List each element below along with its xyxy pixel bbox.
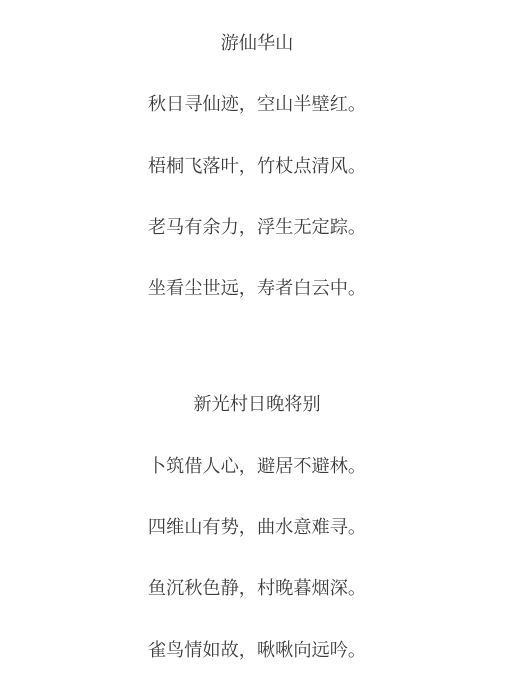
poem-1: 游仙华山 秋日寻仙迹，空山半壁红。 梧桐飞落叶，竹杖点清风。 老马有余力，浮生无… [0, 13, 514, 319]
poem-1-line-1: 秋日寻仙迹，空山半壁红。 [0, 74, 514, 135]
poem-2-line-4: 雀鸟情如故，啾啾向远吟。 [0, 620, 514, 681]
poem-1-line-2: 梧桐飞落叶，竹杖点清风。 [0, 136, 514, 197]
poem-1-title: 游仙华山 [0, 13, 514, 74]
poem-2-line-3: 鱼沉秋色静，村晚暮烟深。 [0, 558, 514, 619]
poem-2: 新光村日晚将别 卜筑借人心，避居不避林。 四维山有势，曲水意难寻。 鱼沉秋色静，… [0, 374, 514, 680]
document-page: 游仙华山 秋日寻仙迹，空山半壁红。 梧桐飞落叶，竹杖点清风。 老马有余力，浮生无… [0, 0, 530, 687]
poem-1-line-3: 老马有余力，浮生无定踪。 [0, 197, 514, 258]
poem-2-line-2: 四维山有势，曲水意难寻。 [0, 497, 514, 558]
poem-gap [0, 319, 514, 374]
poem-2-title: 新光村日晚将别 [0, 374, 514, 435]
document-content: 游仙华山 秋日寻仙迹，空山半壁红。 梧桐飞落叶，竹杖点清风。 老马有余力，浮生无… [0, 13, 514, 681]
poem-1-line-4: 坐看尘世远，寿者白云中。 [0, 258, 514, 319]
poem-2-line-1: 卜筑借人心，避居不避林。 [0, 436, 514, 497]
